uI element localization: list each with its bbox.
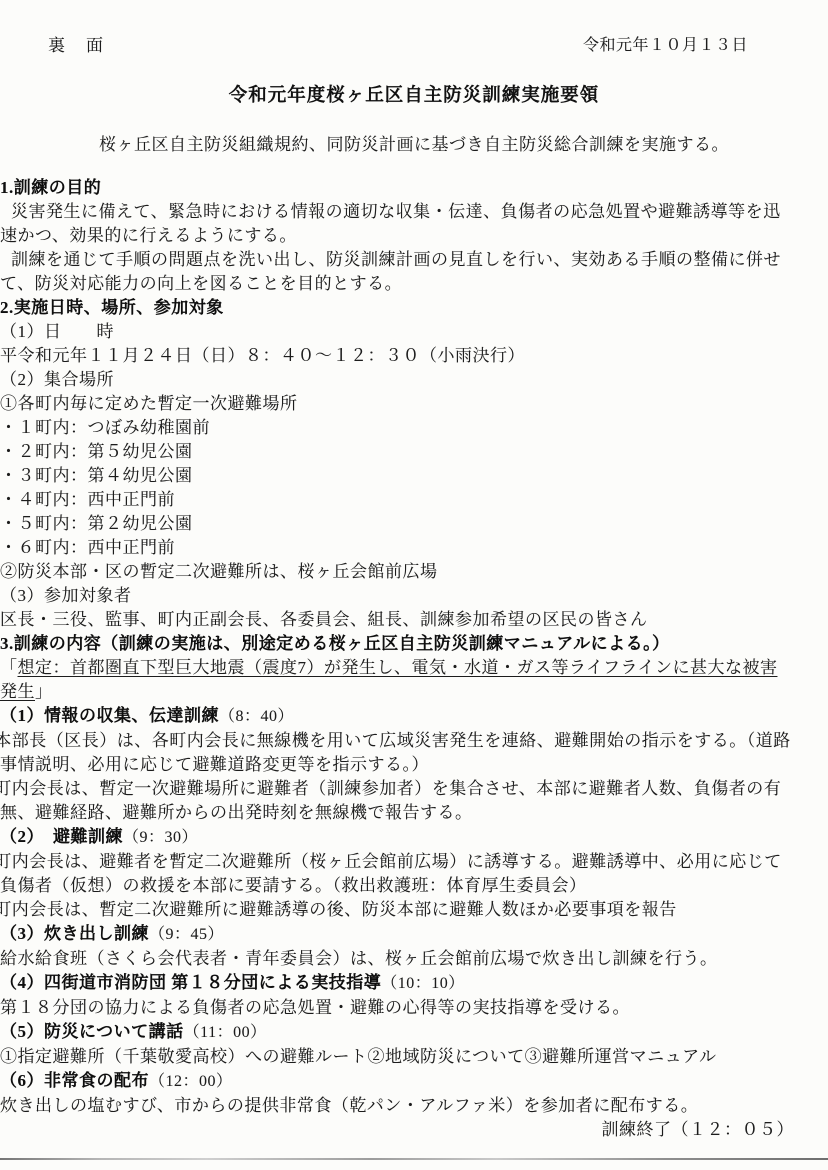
site-item-2: ・２町内：第５幼児公園: [0, 440, 794, 464]
training-assumption: 「想定：首都圏直下型巨大地震（震度7）が発生し、電気・水道・ガス等ライフラインに…: [0, 656, 794, 704]
assumption-close-quote: 」: [35, 682, 53, 701]
program1-step-2: ② 町内会長は、暫定一次避難場所に避難者（訓練参加者）を集合させ、本部に避難者人…: [0, 777, 794, 825]
section2-heading: 2.実施日時、場所、参加対象: [0, 296, 794, 320]
program1-label: （1）情報の収集、伝達訓練: [0, 706, 219, 725]
primary-sites-heading: ①各町内毎に定めた暫定一次避難場所: [0, 392, 794, 416]
program4-label: （4）四街道市消防団 第１８分団による実技指導: [0, 973, 381, 992]
program5-label: （5）防災について講話: [0, 1022, 184, 1041]
program2-step-2: ② 町内会長は、暫定二次避難所に避難誘導の後、防災本部に避難人数ほか必要事項を報…: [0, 898, 794, 922]
participants-list: 区長・三役、監事、町内正副会長、各委員会、組長、訓練参加希望の区民の皆さん: [0, 608, 794, 632]
program5-time: （11：00）: [184, 1024, 267, 1041]
program2-heading: （2） 避難訓練（9：30）: [0, 825, 794, 850]
program6-heading: （6）非常食の配布（12：00）: [0, 1069, 794, 1094]
site-item-4: ・４町内：西中正門前: [0, 488, 794, 512]
datetime-label: （1）日 時: [0, 320, 794, 344]
training-end-note: 訓練終了（１２：０５）: [0, 1118, 794, 1142]
purpose-item-1: （1）災害発生に備えて、緊急時における情報の適切な収集・伝達、負傷者の応急処置や…: [0, 200, 794, 248]
datetime-value: 平令和元年１１月２４日（日）８：４０～１２：３０（小雨決行）: [0, 344, 794, 368]
program3-label: （3）炊き出し訓練: [0, 924, 149, 943]
program1-step-1: ① 本部長（区長）は、各町内会長に無線機を用いて広域災害発生を連絡、避難開始の指…: [0, 729, 794, 777]
scan-edge-artifact: [0, 1158, 828, 1160]
program5-heading: （5）防災について講話（11：00）: [0, 1020, 794, 1045]
document-title: 令和元年度桜ヶ丘区自主防災訓練実施要領: [0, 84, 828, 108]
program2-label: （2） 避難訓練: [0, 827, 123, 846]
program2-step-1: ① 町内会長は、避難者を暫定二次避難所（桜ヶ丘会館前広場）に誘導する。避難誘導中…: [0, 850, 794, 898]
site-item-6: ・６町内：西中正門前: [0, 536, 794, 560]
site-item-3: ・３町内：第４幼児公園: [0, 464, 794, 488]
document-date: 令和元年１０月１３日: [583, 34, 748, 58]
document-body: 1.訓練の目的 （1）災害発生に備えて、緊急時における情報の適切な収集・伝達、負…: [0, 176, 828, 1142]
program5-body: ①指定避難所（千葉敬愛高校）への避難ルート②地域防災について③避難所運営マニュア…: [0, 1045, 794, 1069]
page-side-label: 裏 面: [48, 34, 105, 58]
meeting-place-label: （2）集合場所: [0, 368, 794, 392]
program1-time: （8：40）: [219, 708, 294, 725]
intro-statement: 桜ヶ丘区自主防災組織規約、同防災計画に基づき自主防災総合訓練を実施する。: [0, 133, 828, 157]
program3-heading: （3）炊き出し訓練（9：45）: [0, 922, 794, 947]
section3-heading: 3.訓練の内容（訓練の実施は、別途定める桜ヶ丘区自主防災訓練マニュアルによる。）: [0, 632, 794, 656]
program1-heading: （1）情報の収集、伝達訓練（8：40）: [0, 704, 794, 729]
section1-heading: 1.訓練の目的: [0, 176, 794, 200]
site-item-1: ・１町内：つぼみ幼稚園前: [0, 416, 794, 440]
participants-label: （3）参加対象者: [0, 584, 794, 608]
program3-body: 給水給食班（さくら会代表者・青年委員会）は、桜ヶ丘会館前広場で炊き出し訓練を行う…: [0, 947, 794, 971]
assumption-open-quote: 「: [0, 658, 18, 677]
site-item-5: ・５町内：第２幼児公園: [0, 512, 794, 536]
program2-time: （9：30）: [123, 829, 198, 846]
scanned-document-page: 裏 面 令和元年１０月１３日 令和元年度桜ヶ丘区自主防災訓練実施要領 桜ヶ丘区自…: [0, 0, 828, 1170]
document-header: 裏 面 令和元年１０月１３日: [0, 0, 828, 58]
program4-time: （10：10）: [381, 975, 465, 992]
program4-body: 第１８分団の協力による負傷者の応急処置・避難の心得等の実技指導を受ける。: [0, 996, 794, 1020]
program3-time: （9：45）: [149, 926, 224, 943]
purpose-item-2: （2）訓練を通じて手順の問題点を洗い出し、防災訓練計画の見直しを行い、実効ある手…: [0, 248, 794, 296]
assumption-text: 想定：首都圏直下型巨大地震（震度7）が発生し、電気・水道・ガス等ライフラインに甚…: [0, 658, 777, 701]
secondary-site: ②防災本部・区の暫定二次避難所は、桜ヶ丘会館前広場: [0, 560, 794, 584]
program6-body: 炊き出しの塩むすび、市からの提供非常食（乾パン・アルファ米）を参加者に配布する。: [0, 1094, 794, 1118]
program6-label: （6）非常食の配布: [0, 1071, 149, 1090]
program4-heading: （4）四街道市消防団 第１８分団による実技指導（10：10）: [0, 971, 794, 996]
program6-time: （12：00）: [149, 1073, 233, 1090]
